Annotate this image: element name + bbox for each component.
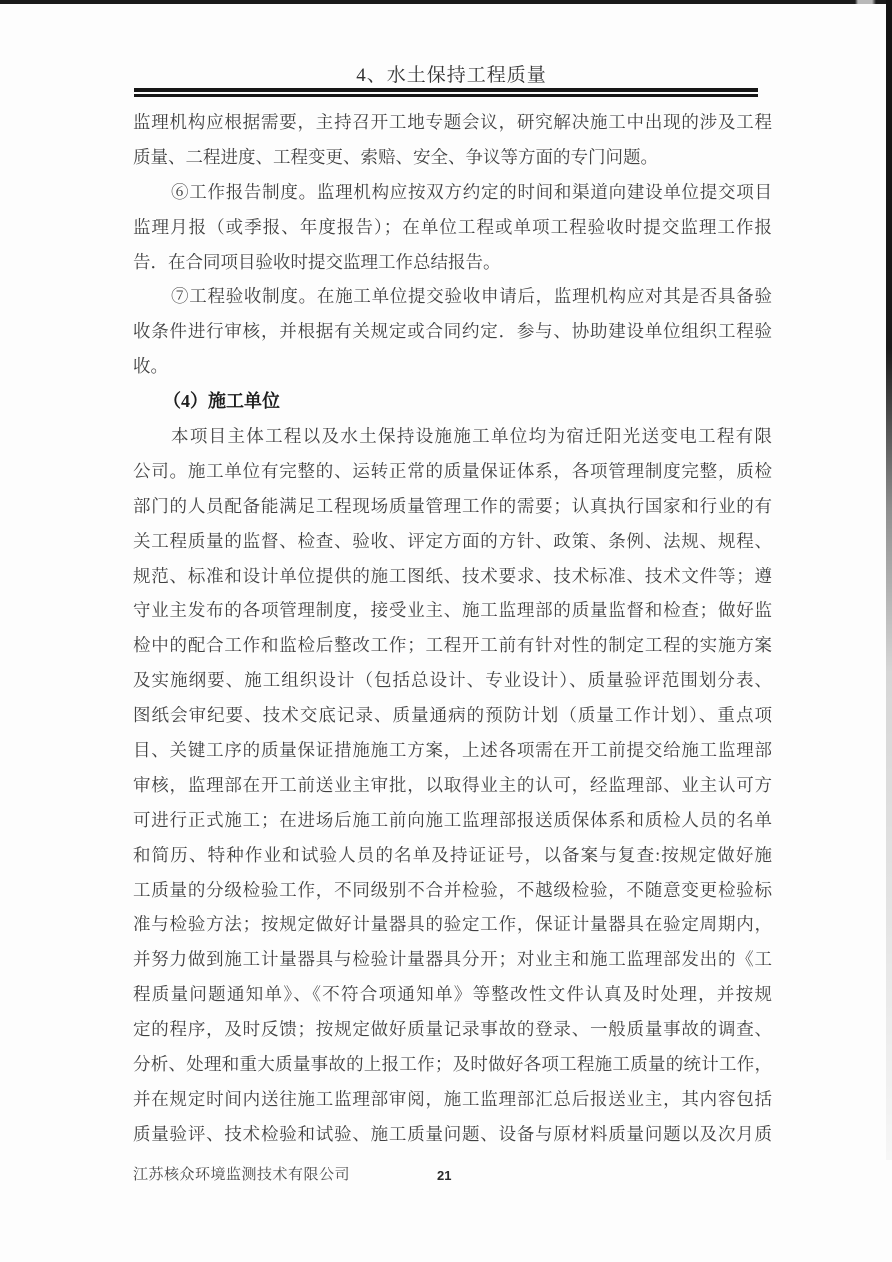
text-line: 告．在合同项目验收时提交监理工作总结报告。 [133, 245, 772, 280]
text-line: 及实施纲要、施工组织设计（包括总设计、专业设计）、质量验评范围划分表、 [133, 663, 772, 698]
text-line: 图纸会审纪要、技术交底记录、质量通病的预防计划（质量工作计划）、重点项 [133, 698, 772, 733]
text-line: 准与检验方法；按规定做好计量器具的验定工作，保证计量器具在验定周期内， [133, 907, 772, 942]
text-line: 目、关键工序的质量保证措施施工方案，上述各项需在开工前提交给施工监理部 [133, 733, 772, 768]
header-rule-bottom [134, 94, 758, 97]
text-line: 工质量的分级检验工作，不同级别不合并检验，不越级检验，不随意变更检验标 [133, 873, 772, 908]
section-heading: （4）施工单位 [133, 384, 772, 419]
header-rule-top [134, 88, 758, 92]
text-line: 守业主发布的各项管理制度，接受业主、施工监理部的质量监督和检查；做好监 [133, 593, 772, 628]
text-line: 分析、处理和重大质量事故的上报工作；及时做好各项工程施工质量的统计工作， [133, 1047, 772, 1082]
text-line: 规范、标准和设计单位提供的施工图纸、技术要求、技术标准、技术文件等；遵 [133, 559, 772, 594]
text-line: 定的程序，及时反馈；按规定做好质量记录事故的登录、一般质量事故的调查、 [133, 1012, 772, 1047]
text-line: ⑥工作报告制度。监理机构应按双方约定的时间和渠道向建设单位提交项目 [133, 175, 772, 210]
text-line: 并努力做到施工计量器具与检验计量器具分开；对业主和施工监理部发出的《工 [133, 942, 772, 977]
text-line: 本项目主体工程以及水土保持设施施工单位均为宿迁阳光送变电工程有限 [133, 419, 772, 454]
text-line: 监理机构应根据需要，主持召开工地专题会议，研究解决施工中出现的涉及工程 [133, 105, 772, 140]
text-line: 关工程质量的监督、检查、验收、评定方面的方针、政策、条例、法规、规程、 [133, 524, 772, 559]
text-line: 可进行正式施工；在进场后施工前向施工监理部报送质保体系和质检人员的名单 [133, 803, 772, 838]
text-line: 公司。施工单位有完整的、运转正常的质量保证体系，各项管理制度完整，质检 [133, 454, 772, 489]
text-line: 质量验评、技术检验和试验、施工质量问题、设备与原材料质量问题以及次月质 [133, 1117, 772, 1152]
text-line: ⑦工程验收制度。在施工单位提交验收申请后，监理机构应对其是否具备验 [133, 279, 772, 314]
text-line: 质量、二程进度、工程变更、索赔、安全、争议等方面的专门问题。 [133, 140, 772, 175]
text-line: 程质量问题通知单》、《不符合项通知单》等整改性文件认真及时处理，并按规 [133, 977, 772, 1012]
text-line: 监理月报（或季报、年度报告）；在单位工程或单项工程验收时提交监理工作报 [133, 210, 772, 245]
text-line: 收。 [133, 349, 772, 384]
text-line: 检中的配合工作和监检后整改工作；工程开工前有针对性的制定工程的实施方案 [133, 628, 772, 663]
text-line: 审核，监理部在开工前送业主审批，以取得业主的认可，经监理部、业主认可方 [133, 768, 772, 803]
page-header-title: 4、水土保持工程质量 [133, 60, 770, 87]
document-page: 4、水土保持工程质量 监理机构应根据需要，主持召开工地专题会议，研究解决施工中出… [0, 0, 892, 1262]
text-line: 收条件进行审核，并根据有关规定或合同约定．参与、协助建设单位组织工程验 [133, 314, 772, 349]
document-body: 监理机构应根据需要，主持召开工地专题会议，研究解决施工中出现的涉及工程质量、二程… [133, 105, 772, 1152]
header-double-rule [134, 88, 758, 97]
text-line: 并在规定时间内送往施工监理部审阅，施工监理部汇总后报送业主，其内容包括 [133, 1082, 772, 1117]
footer-company-name: 江苏核众环境监测技术有限公司 [133, 1165, 350, 1185]
text-line: 部门的人员配备能满足工程现场质量管理工作的需要；认真执行国家和行业的有 [133, 489, 772, 524]
text-line: 和简历、特种作业和试验人员的名单及持证证号，以备案与复查:按规定做好施 [133, 838, 772, 873]
footer-page-number: 21 [437, 1167, 451, 1184]
